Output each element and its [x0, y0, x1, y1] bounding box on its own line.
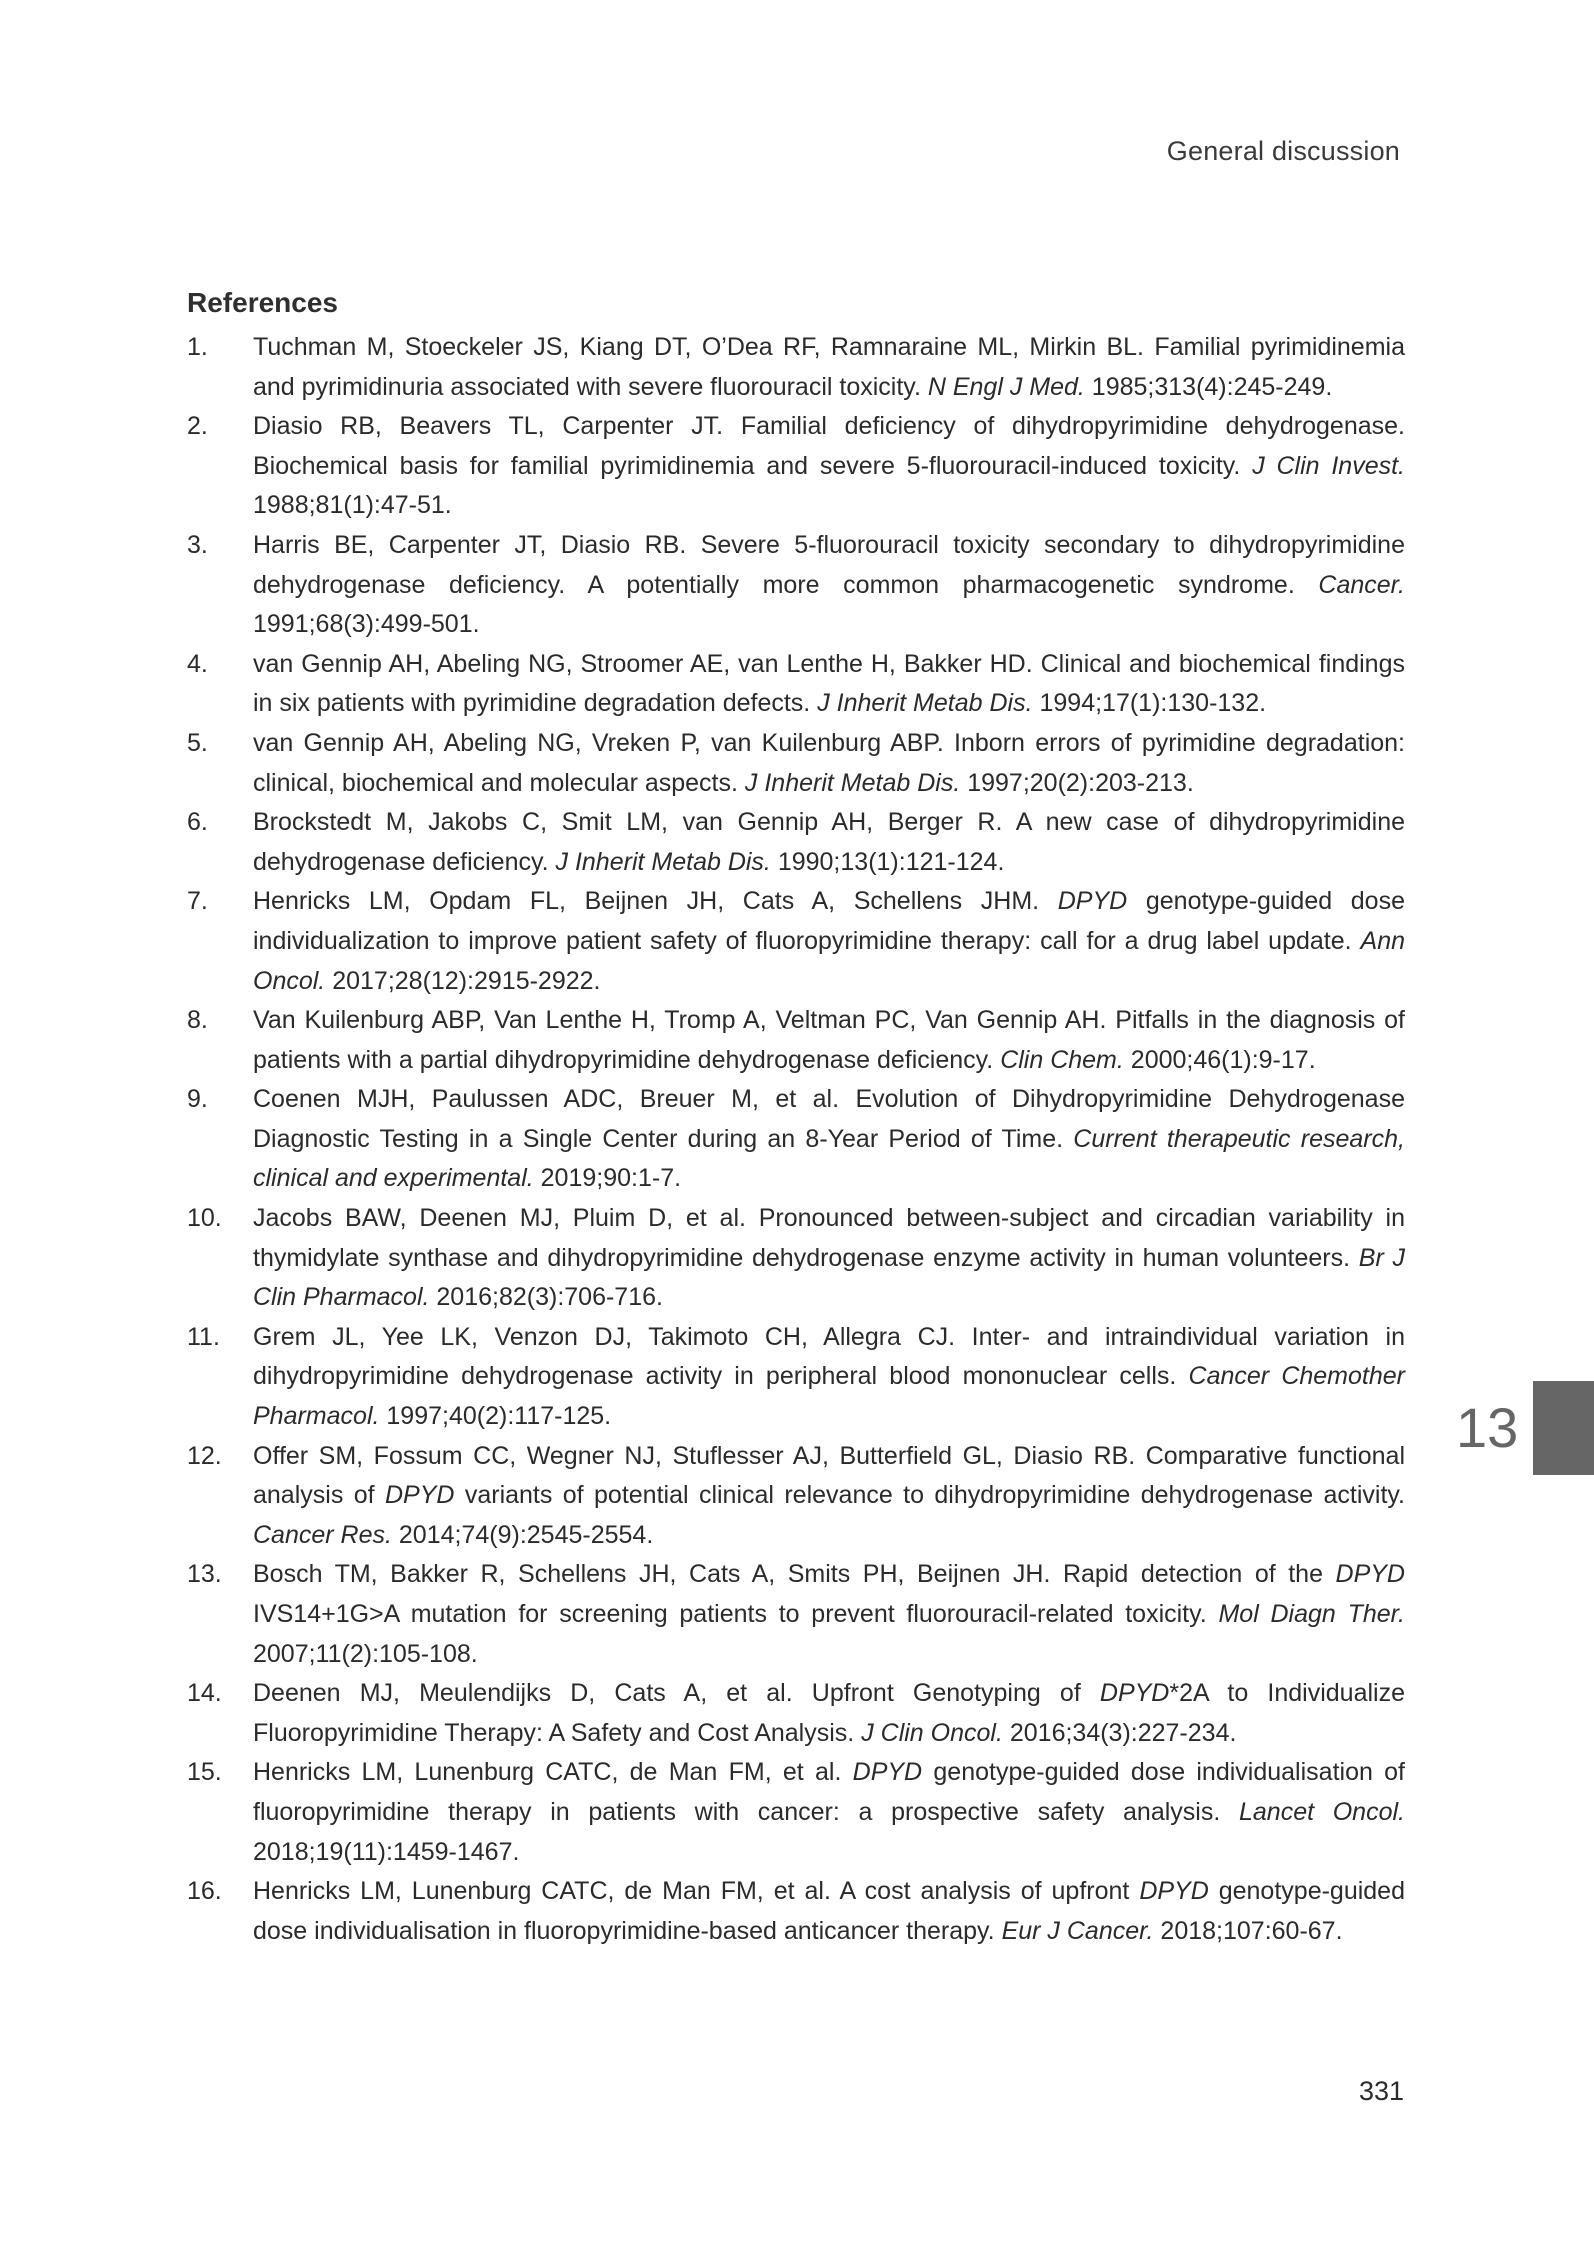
reference-italic-segment: DPYD	[1100, 1679, 1169, 1707]
reference-segment: Henricks LM, Opdam FL, Beijnen JH, Cats …	[253, 887, 1058, 915]
reference-italic-segment: J Clin Oncol.	[861, 1719, 1003, 1747]
reference-segment: 1991;68(3):499-501.	[253, 610, 480, 638]
reference-italic-segment: DPYD	[1058, 887, 1127, 915]
reference-text: Harris BE, Carpenter JT, Diasio RB. Seve…	[253, 531, 1405, 638]
reference-item: 8.Van Kuilenburg ABP, Van Lenthe H, Trom…	[187, 1001, 1405, 1080]
reference-item: 14.Deenen MJ, Meulendijks D, Cats A, et …	[187, 1674, 1405, 1753]
reference-number: 15.	[187, 1753, 247, 1793]
reference-text: Offer SM, Fossum CC, Wegner NJ, Stufless…	[253, 1442, 1405, 1549]
running-header: General discussion	[1167, 136, 1400, 167]
reference-number: 16.	[187, 1872, 247, 1912]
reference-text: Henricks LM, Opdam FL, Beijnen JH, Cats …	[253, 887, 1405, 994]
reference-item: 1.Tuchman M, Stoeckeler JS, Kiang DT, O’…	[187, 328, 1405, 407]
chapter-thumb-tab	[1533, 1381, 1594, 1475]
reference-italic-segment: DPYD	[1139, 1877, 1208, 1905]
reference-text: van Gennip AH, Abeling NG, Stroomer AE, …	[253, 650, 1405, 718]
reference-number: 11.	[187, 1318, 247, 1358]
reference-number: 5.	[187, 724, 247, 764]
reference-segment: variants of potential clinical relevance…	[454, 1481, 1405, 1509]
reference-segment: Deenen MJ, Meulendijks D, Cats A, et al.…	[253, 1679, 1100, 1707]
reference-text: Bosch TM, Bakker R, Schellens JH, Cats A…	[253, 1560, 1405, 1667]
reference-text: Henricks LM, Lunenburg CATC, de Man FM, …	[253, 1877, 1405, 1945]
reference-segment: 2016;82(3):706-716.	[429, 1283, 663, 1311]
reference-number: 8.	[187, 1001, 247, 1041]
reference-segment: Diasio RB, Beavers TL, Carpenter JT. Fam…	[253, 412, 1405, 480]
reference-text: Brockstedt M, Jakobs C, Smit LM, van Gen…	[253, 808, 1405, 876]
reference-segment: 1988;81(1):47-51.	[253, 491, 452, 519]
chapter-number: 13	[1456, 1398, 1518, 1458]
reference-segment: Harris BE, Carpenter JT, Diasio RB. Seve…	[253, 531, 1405, 599]
reference-segment: 2016;34(3):227-234.	[1003, 1719, 1237, 1747]
reference-item: 12.Offer SM, Fossum CC, Wegner NJ, Stufl…	[187, 1437, 1405, 1556]
reference-text: van Gennip AH, Abeling NG, Vreken P, van…	[253, 729, 1405, 797]
reference-italic-segment: DPYD	[385, 1481, 454, 1509]
reference-segment: 1994;17(1):130-132.	[1033, 689, 1267, 717]
reference-number: 7.	[187, 882, 247, 922]
reference-italic-segment: J Inherit Metab Dis.	[745, 769, 960, 797]
reference-item: 6.Brockstedt M, Jakobs C, Smit LM, van G…	[187, 803, 1405, 882]
reference-segment: Jacobs BAW, Deenen MJ, Pluim D, et al. P…	[253, 1204, 1405, 1272]
reference-item: 11.Grem JL, Yee LK, Venzon DJ, Takimoto …	[187, 1318, 1405, 1437]
reference-number: 6.	[187, 803, 247, 843]
page-number: 331	[1359, 2076, 1404, 2107]
reference-text: Diasio RB, Beavers TL, Carpenter JT. Fam…	[253, 412, 1405, 519]
reference-item: 16.Henricks LM, Lunenburg CATC, de Man F…	[187, 1872, 1405, 1951]
reference-item: 3.Harris BE, Carpenter JT, Diasio RB. Se…	[187, 526, 1405, 645]
reference-text: Van Kuilenburg ABP, Van Lenthe H, Tromp …	[253, 1006, 1405, 1074]
reference-number: 14.	[187, 1674, 247, 1714]
reference-number: 2.	[187, 407, 247, 447]
reference-segment: 2018;19(11):1459-1467.	[253, 1838, 519, 1866]
reference-item: 4.van Gennip AH, Abeling NG, Stroomer AE…	[187, 645, 1405, 724]
reference-item: 5.van Gennip AH, Abeling NG, Vreken P, v…	[187, 724, 1405, 803]
reference-segment: 2019;90:1-7.	[534, 1164, 681, 1192]
section-heading: References	[187, 287, 338, 319]
reference-segment: Bosch TM, Bakker R, Schellens JH, Cats A…	[253, 1560, 1336, 1588]
reference-number: 10.	[187, 1199, 247, 1239]
reference-italic-segment: Cancer Res.	[253, 1521, 392, 1549]
reference-segment: Henricks LM, Lunenburg CATC, de Man FM, …	[253, 1758, 853, 1786]
reference-number: 12.	[187, 1437, 247, 1477]
reference-segment: 1997;20(2):203-213.	[960, 769, 1194, 797]
reference-italic-segment: Clin Chem.	[1000, 1046, 1124, 1074]
reference-segment: 2000;46(1):9-17.	[1124, 1046, 1316, 1074]
reference-text: Deenen MJ, Meulendijks D, Cats A, et al.…	[253, 1679, 1405, 1747]
reference-item: 15.Henricks LM, Lunenburg CATC, de Man F…	[187, 1753, 1405, 1872]
reference-text: Grem JL, Yee LK, Venzon DJ, Takimoto CH,…	[253, 1323, 1405, 1430]
reference-italic-segment: DPYD	[1336, 1560, 1405, 1588]
reference-italic-segment: Cancer.	[1318, 571, 1405, 599]
reference-italic-segment: N Engl J Med.	[928, 373, 1085, 401]
reference-item: 13.Bosch TM, Bakker R, Schellens JH, Cat…	[187, 1555, 1405, 1674]
reference-text: Coenen MJH, Paulussen ADC, Breuer M, et …	[253, 1085, 1405, 1192]
reference-number: 13.	[187, 1555, 247, 1595]
reference-segment: 1990;13(1):121-124.	[771, 848, 1005, 876]
reference-italic-segment: Eur J Cancer.	[1002, 1917, 1154, 1945]
reference-segment: 2017;28(12):2915-2922.	[325, 967, 600, 995]
reference-segment: 2014;74(9):2545-2554.	[392, 1521, 653, 1549]
reference-number: 3.	[187, 526, 247, 566]
reference-list: 1.Tuchman M, Stoeckeler JS, Kiang DT, O’…	[187, 328, 1405, 1951]
reference-number: 9.	[187, 1080, 247, 1120]
reference-segment: 2018;107:60-67.	[1153, 1917, 1342, 1945]
reference-number: 4.	[187, 645, 247, 685]
reference-italic-segment: J Inherit Metab Dis.	[817, 689, 1032, 717]
reference-item: 10.Jacobs BAW, Deenen MJ, Pluim D, et al…	[187, 1199, 1405, 1318]
reference-italic-segment: DPYD	[853, 1758, 922, 1786]
reference-segment: 2007;11(2):105-108.	[253, 1640, 478, 1668]
reference-segment: 1985;313(4):245-249.	[1085, 373, 1332, 401]
reference-text: Jacobs BAW, Deenen MJ, Pluim D, et al. P…	[253, 1204, 1405, 1311]
reference-number: 1.	[187, 328, 247, 368]
reference-segment: Henricks LM, Lunenburg CATC, de Man FM, …	[253, 1877, 1139, 1905]
reference-item: 7.Henricks LM, Opdam FL, Beijnen JH, Cat…	[187, 882, 1405, 1001]
reference-item: 9.Coenen MJH, Paulussen ADC, Breuer M, e…	[187, 1080, 1405, 1199]
reference-italic-segment: J Inherit Metab Dis.	[556, 848, 771, 876]
reference-italic-segment: J Clin Invest.	[1252, 452, 1405, 480]
reference-italic-segment: Mol Diagn Ther.	[1218, 1600, 1405, 1628]
reference-segment: IVS14+1G>A mutation for screening patien…	[253, 1600, 1218, 1628]
reference-text: Tuchman M, Stoeckeler JS, Kiang DT, O’De…	[253, 333, 1405, 401]
reference-item: 2.Diasio RB, Beavers TL, Carpenter JT. F…	[187, 407, 1405, 526]
reference-text: Henricks LM, Lunenburg CATC, de Man FM, …	[253, 1758, 1405, 1865]
reference-italic-segment: Lancet Oncol.	[1239, 1798, 1405, 1826]
reference-segment: 1997;40(2):117-125.	[379, 1402, 611, 1430]
